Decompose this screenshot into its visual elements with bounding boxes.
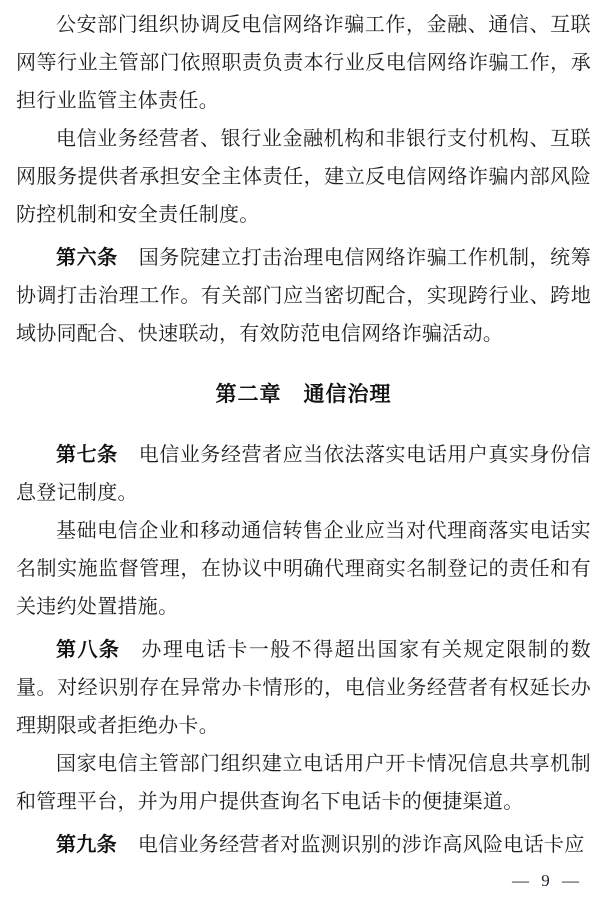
article-paragraph-7: 第七条电信业务经营者应当依法落实电话用户真实身份信息登记制度。 xyxy=(16,436,591,512)
chapter-heading: 第二章 通信治理 xyxy=(16,376,591,414)
paragraph-text: 公安部门组织协调反电信网络诈骗工作，金融、通信、互联网等行业主管部门依照职责负责… xyxy=(16,14,591,112)
article-number-label: 第六条 xyxy=(56,247,118,269)
paragraph-text: 基础电信企业和移动通信转售企业应当对代理商落实电话实名制实施监督管理，在协议中明… xyxy=(16,520,591,618)
paragraph: 国家电信主管部门组织建立电话用户开卡情况信息共享机制和管理平台，并为用户提供查询… xyxy=(16,745,591,821)
paragraph: 公安部门组织协调反电信网络诈骗工作，金融、通信、互联网等行业主管部门依照职责负责… xyxy=(16,6,591,120)
paragraph-text: 电信业务经营者、银行业金融机构和非银行支付机构、互联网服务提供者承担安全主体责任… xyxy=(16,128,591,226)
page-number: — 9 — xyxy=(512,871,583,891)
paragraph: 基础电信企业和移动通信转售企业应当对代理商落实电话实名制实施监督管理，在协议中明… xyxy=(16,512,591,626)
article-text: 电信业务经营者对监测识别的涉诈高风险电话卡应 xyxy=(138,834,585,856)
article-number-label: 第八条 xyxy=(56,639,120,661)
article-number-label: 第七条 xyxy=(56,444,118,466)
article-paragraph-9: 第九条电信业务经营者对监测识别的涉诈高风险电话卡应 xyxy=(16,826,591,864)
document-content: 公安部门组织协调反电信网络诈骗工作，金融、通信、互联网等行业主管部门依照职责负责… xyxy=(16,6,591,864)
paragraph: 电信业务经营者、银行业金融机构和非银行支付机构、互联网服务提供者承担安全主体责任… xyxy=(16,120,591,234)
document-page: 公安部门组织协调反电信网络诈骗工作，金融、通信、互联网等行业主管部门依照职责负责… xyxy=(0,0,613,907)
paragraph-text: 国家电信主管部门组织建立电话用户开卡情况信息共享机制和管理平台，并为用户提供查询… xyxy=(16,753,591,813)
article-number-label: 第九条 xyxy=(56,834,117,856)
article-paragraph-8: 第八条办理电话卡一般不得超出国家有关规定限制的数量。对经识别存在异常办卡情形的，… xyxy=(16,631,591,745)
article-paragraph-6: 第六条国务院建立打击治理电信网络诈骗工作机制，统筹协调打击治理工作。有关部门应当… xyxy=(16,239,591,353)
